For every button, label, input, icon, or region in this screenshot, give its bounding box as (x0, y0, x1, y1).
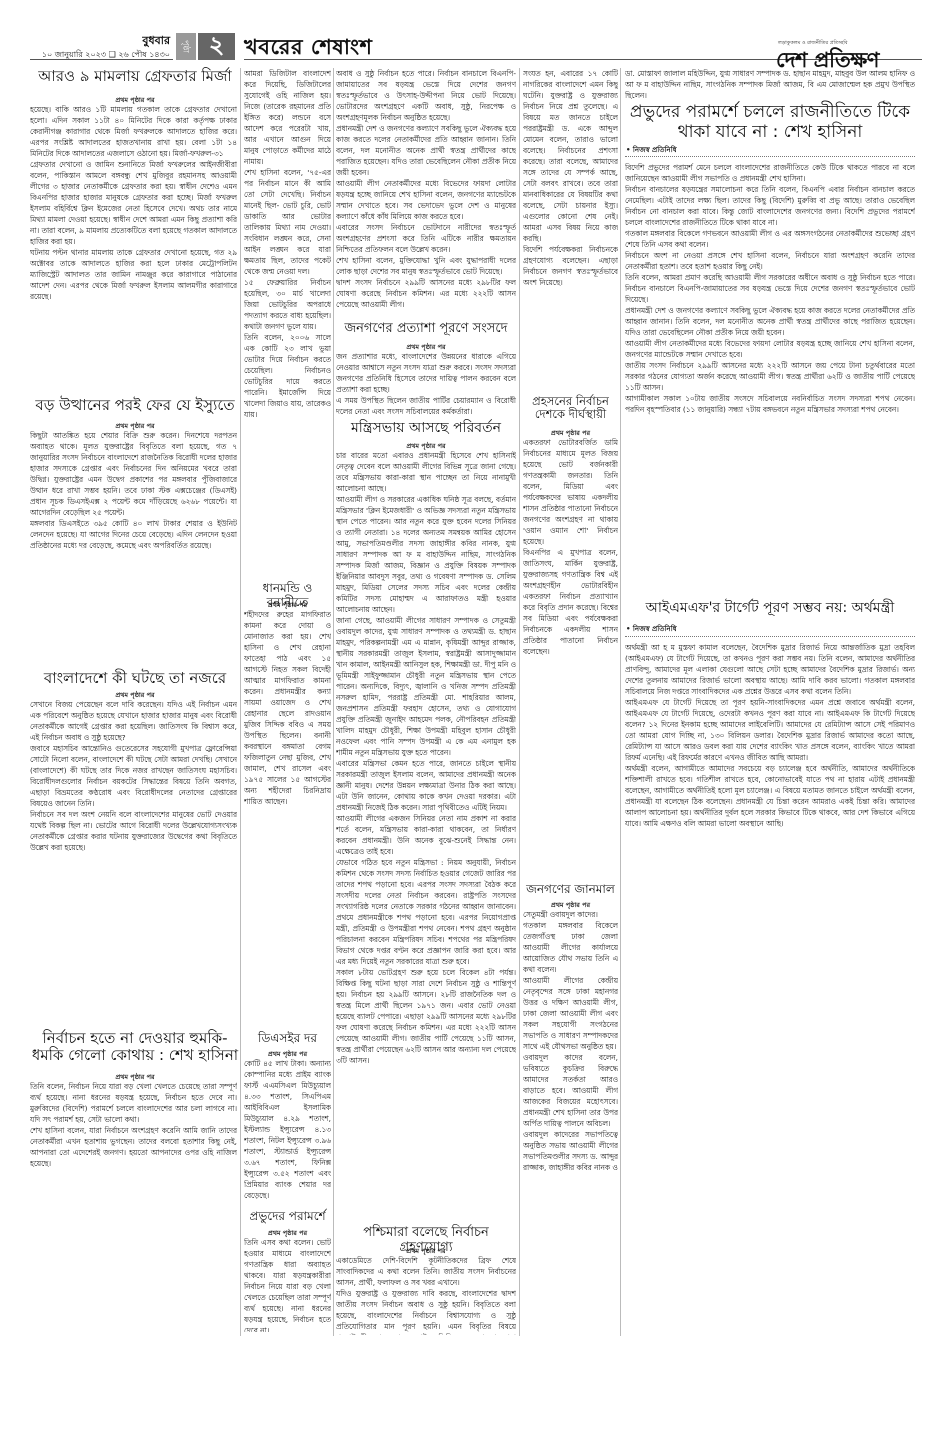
byline-divider (625, 636, 915, 637)
paragraph: ওবায়দুল কাদের বলেন, ভবিষ্যতে কুচক্রির ব… (523, 1052, 618, 1129)
article-body: অবাধ ও সুষ্ঠু নির্বাচন হতে পারে। নির্বাচ… (336, 68, 516, 318)
column-rule (333, 68, 334, 1336)
paragraph: আওয়ামী লীগ ও সরকারের একাধিক ঘনিষ্ঠ সূত্… (336, 494, 516, 615)
article-body: সংযত হন, এবারের ১৭ কোটি নাগরিকের বাংলাদে… (523, 68, 618, 376)
paragraph: হয়েছে। বাকি আরও ১টি মামলায় গতকাল তাকে … (30, 104, 237, 159)
headline: নির্বাচন হতে না দেওয়ার হুমকি-ধমকি গেলো … (30, 1030, 240, 1065)
headline: বাংলাদেশে কী ঘটছে তা নজরে (30, 670, 240, 687)
paragraph: শেখ হাসিনা বলেন, মুক্তিযোদ্ধা খুনি এবং য… (336, 255, 516, 277)
paragraph: শেখ হাসিনা বলেন, যারা নির্বাচনে অংশগ্রহণ… (30, 1125, 237, 1169)
headline: জনগণের জানমাল (523, 883, 618, 897)
paragraph: একতরফা ভোটারবর্জিত ডামি নির্বাচনের মাধ্য… (523, 437, 618, 547)
paragraph: গতকাল মঙ্গলবার বিকেলে তেজগাঁওস্থ ঢাকা জে… (523, 920, 618, 975)
article-body: কোটি ৪৫ লাখ টাকা। অন্যান্য কোম্পানির মধ্… (244, 1058, 331, 1208)
paragraph: আগামীকাল সকাল ১০টায় জাতীয় সংসদে সচিবাল… (625, 393, 915, 415)
paragraph: গ্রেফতার দেখানো ও জামিন শুনানিতে মির্জা … (30, 159, 237, 247)
column-rule (240, 68, 241, 1336)
article-body: সেতুমন্ত্রী ওবায়দুল কাদের। গতকাল মঙ্গলব… (523, 909, 618, 1335)
article-body: সেখানে বিজয় পেয়েছেন বলে দাবি করেছেন। য… (30, 699, 237, 1025)
paragraph: তিনি এসব কথা বলেন। ভোট হওয়ার মাধ্যমে বা… (244, 1237, 331, 1332)
article-body: একতরফা ভোটারবর্জিত ডামি নির্বাচনের মাধ্য… (523, 437, 618, 869)
paragraph: আওয়ামী লীগ নেতাকর্মীদের মধ্যে বিভেদের ফ… (625, 338, 915, 360)
paragraph: অবাধ ও সুষ্ঠু নির্বাচন হতে পারে। নির্বাচ… (336, 68, 516, 123)
paragraph: সকাল ৮টায় ভোটগ্রহণ শুরু হয়ে চলে বিকেল … (336, 967, 516, 1066)
paragraph: আমরা ডিজিটাল বাংলাদেশ করে দিয়েছি, ডিজিট… (244, 68, 331, 167)
paragraph: কোটি ৪৫ লাখ টাকা। অন্যান্য কোম্পানির মধ্… (244, 1058, 331, 1201)
headline: জনগণের প্রত্যাশা পূরণে সংসদে (336, 322, 516, 337)
paragraph: জবাবে মহাসচিব আন্তোনিও গুতেরেসের সহযোগী … (30, 743, 237, 809)
paragraph: চার বারের মতো এবারও প্রধানমন্ত্রী হিসেবে… (336, 450, 516, 494)
article-body: বিদেশি প্রভুদের পরামর্শ মেনে চললে বাংলাদ… (625, 162, 915, 572)
paragraph: তিনি বলেন, নির্বাচন নিয়ে যারা বড় খেলা … (30, 1081, 237, 1125)
page-label: পৃষ্ঠা (176, 33, 196, 60)
section-title: খবরের শেষাংশ (244, 31, 372, 66)
article-body: ডা. মোস্তাফা জালাল মহিউদ্দিন, যুগ্ম সাধা… (625, 68, 915, 102)
paragraph: একাডেমিতে দেশি-বিদেশি কূটনীতিকদের ব্রিফ … (336, 1255, 516, 1288)
masthead-divider-left (30, 59, 173, 60)
paragraph: তিনি বলেন, ২০০৬ সালে এক কোটি ২৩ লাখ ভুয়… (244, 332, 331, 420)
paragraph: নির্বাচনে অংশ না নেওয়া প্রসঙ্গে শেখ হাস… (625, 250, 915, 272)
article-body: হয়েছে। বাকি আরও ১টি মামলায় গতকাল তাকে … (30, 104, 237, 394)
paragraph: নির্বাচনে সব দল অংশ নেয়নি বলে বাংলাদেশে… (30, 809, 237, 853)
headline: প্রভুদের পরামর্শে চললে রাজনীতিতে টিকে থা… (625, 103, 915, 142)
byline: • নিজস্ব প্রতিনিধি (626, 623, 677, 635)
byline: • নিজস্ব প্রতিনিধি (626, 144, 677, 156)
paragraph: প্রধানমন্ত্রী দেশ ও জনগণের কল্যাণে সবকিছ… (625, 305, 915, 338)
paragraph: বিদেশি পর্যবেক্ষকরা নির্বাচনকে গ্রহণযোগ্… (523, 244, 618, 288)
headline: আইএমএফ'র টার্গেট পূরণ সম্ভব নয়: অর্থমন্… (625, 600, 915, 616)
paragraph: আওয়ামী লীগের একজন সিনিয়র নেতা নাম প্রক… (336, 813, 516, 857)
column-rule (620, 68, 621, 1336)
paragraph: প্রধানমন্ত্রী দেশ ও জনগণের কল্যাণে সবকিছ… (336, 123, 516, 178)
paragraph: সেতুমন্ত্রী ওবায়দুল কাদের। (523, 909, 618, 920)
paragraph: জানা গেছে, আওয়ামী লীগের সাধারণ সম্পাদক … (336, 615, 516, 758)
paragraph: শেখ হাসিনা বলেন, '৭৫-এর পর নির্বাচন মানে… (244, 167, 331, 277)
paragraph: অর্থমন্ত্রী আ হ ম মুস্তফা কামাল বলেছেন, … (625, 642, 915, 697)
article-body: চার বারের মতো এবারও প্রধানমন্ত্রী হিসেবে… (336, 450, 516, 1213)
paragraph: ওবায়দুল কাদেরের সভাপতিত্বে অনুষ্ঠিত সভা… (523, 1129, 618, 1173)
paragraph: কিছুটা আতঙ্কিত হয়ে শেয়ার বিক্রি শুরু ক… (30, 430, 237, 518)
headline: মন্ত্রিসভায় আসছে পরিবর্তন (336, 420, 516, 436)
paragraph: ১৫ ফেব্রুয়ারির নির্বাচন হয়েছিল, ৩০ মার… (244, 277, 331, 332)
paragraph: গতকাল মঙ্গলবার বিকেলে গণভবনে আওয়ামী লীগ… (625, 228, 915, 250)
paragraph: আওয়ামী লীগের কেন্দ্রীয় নেতৃবৃন্দের সঙ্… (523, 975, 618, 1052)
paragraph: ডা. মোস্তাফা জালাল মহিউদ্দিন, যুগ্ম সাধা… (625, 68, 915, 101)
page-number: ২ (198, 33, 235, 60)
paragraph: আওয়ামী লীগ নেতাকর্মীদের মধ্যে বিভেদের ফ… (336, 178, 516, 222)
paragraph: আইএমএফ যে টার্গেট দিয়েছে তা পূরণ হয়নি-… (625, 697, 915, 763)
paragraph: এবারের সংসদ নির্বাচনে ভোটদানে নারীদের স্… (336, 222, 516, 255)
headline: বড় উত্থানের পরই ফের যে ইস্যুতে (30, 397, 240, 414)
paragraph: তিনি বলেন, আমরা প্রমাণ করেছি আওয়ামী লীগ… (625, 272, 915, 305)
paragraph: শহীদদের রুহের মাগফিরাত কামনা করে দোয়া ও… (244, 609, 331, 807)
article-body: একাডেমিতে দেশি-বিদেশি কূটনীতিকদের ব্রিফ … (336, 1255, 516, 1335)
paragraph: নির্বাচন বানচালের ষড়যন্ত্রের সমালোচনা ক… (625, 184, 915, 228)
article-body: তিনি বলেন, নির্বাচন নিয়ে যারা বড় খেলা … (30, 1081, 237, 1331)
paragraph: অর্থমন্ত্রী বলেন, আগামীতে আমাদের সবচেয়ে… (625, 763, 915, 829)
paragraph: বিএনপির এ মুখপাত্র বলেন, জাতিসংঘ, মার্কি… (523, 547, 618, 657)
article-body: জন প্রত্যাশার মধ্যে, বাংলাদেশের উন্নয়নে… (336, 351, 516, 417)
paragraph: ঘটনায় পল্টন থানার মামলায় তাকে গ্রেফতার… (30, 247, 237, 302)
paragraph: সেখানে বিজয় পেয়েছেন বলে দাবি করেছেন। য… (30, 699, 237, 743)
paragraph: দ্বাদশ সংসদ নির্বাচনে ২৯৯টি আসনের মধ্যে … (336, 277, 516, 310)
paragraph: যদিও যুক্তরাষ্ট্র ও যুক্তরাজ্য দাবি করছে… (336, 1288, 516, 1335)
article-body: তিনি এসব কথা বলেন। ভোট হওয়ার মাধ্যমে বা… (244, 1237, 331, 1332)
article-body: কিছুটা আতঙ্কিত হয়ে শেয়ার বিক্রি শুরু ক… (30, 430, 237, 668)
paragraph: যেভাবে গঠিত হবে নতুন মন্ত্রিসভা : নিয়ম … (336, 857, 516, 967)
article-body: শহীদদের রুহের মাগফিরাত কামনা করে দোয়া ও… (244, 609, 331, 1029)
headline: ডিএসইর দর (244, 1032, 331, 1046)
paragraph: এবারের মন্ত্রিসভা কেমন হতে পারে, জানতে চ… (336, 758, 516, 813)
paragraph: এ সময় উপস্থিত ছিলেন জাতীয় পার্টির চেয়… (336, 395, 516, 417)
column-rule (519, 68, 520, 1336)
byline-divider (625, 156, 915, 157)
paragraph: জন প্রত্যাশার মধ্যে, বাংলাদেশের উন্নয়নে… (336, 351, 516, 395)
issue-date: ১০ জানুয়ারি ২০২৩ ❑ ২৬ পৌষ ১৪৩০ (30, 49, 170, 62)
headline: প্রভুদের পরামর্শে (244, 1210, 331, 1224)
paragraph: মঙ্গলবার ডিএসইতে ৩৯৫ কোটি ৪০ লাখ টাকার শ… (30, 518, 237, 551)
article-body: অর্থমন্ত্রী আ হ ম মুস্তফা কামাল বলেছেন, … (625, 642, 915, 1334)
paragraph: সংযত হন, এবারের ১৭ কোটি নাগরিকের বাংলাদে… (523, 68, 618, 244)
headline: প্রহসনের নির্বাচন দেশকে দীর্ঘস্থায়ী (523, 395, 618, 421)
paragraph: বিদেশি প্রভুদের পরামর্শ মেনে চললে বাংলাদ… (625, 162, 915, 184)
paragraph: জাতীয় সংসদ নির্বাচনে ২৯৯টি আসনের মধ্যে … (625, 360, 915, 393)
headline: আরও ৯ মামলায় গ্রেফতার মির্জা (30, 68, 240, 85)
article-body: আমরা ডিজিটাল বাংলাদেশ করে দিয়েছি, ডিজিট… (244, 68, 331, 578)
